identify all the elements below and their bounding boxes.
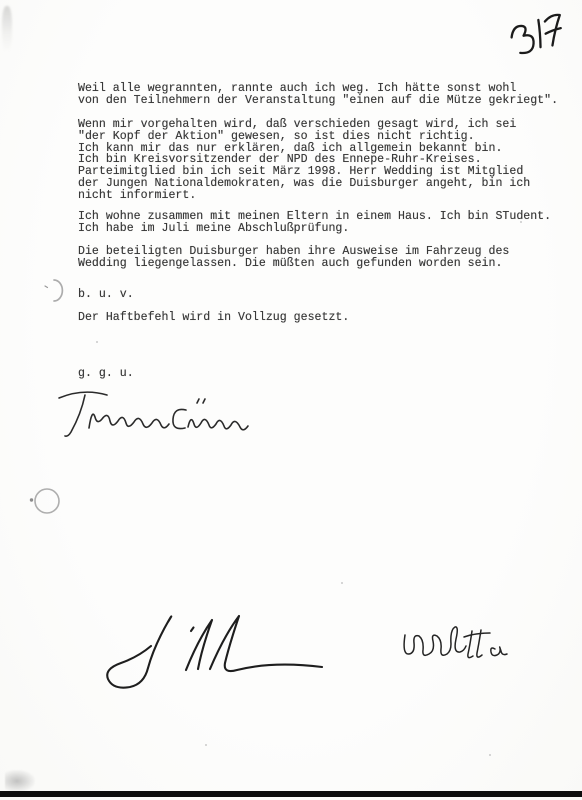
signature-thorsten-craemer: [55, 386, 255, 444]
punch-hole-mark-lower: [28, 485, 64, 519]
scan-noise-speck: [447, 136, 449, 138]
black-scan-edge-bottom: [0, 791, 582, 797]
arrest-warrant-order-line: Der Haftbefehl wird in Vollzug gesetzt.: [78, 312, 349, 324]
punch-hole-mark-upper: [42, 278, 68, 306]
scan-noise-speck: [520, 221, 522, 223]
handwritten-page-number: [500, 5, 581, 66]
signature-bottom-right-illegible: [400, 622, 515, 670]
scanned-document-page: Weil alle wegrannten, rannte auch ich we…: [0, 0, 582, 800]
signature-bottom-left-illegible: [88, 606, 338, 706]
typewritten-paragraph-1: Weil alle wegrannten, rannte auch ich we…: [78, 83, 558, 107]
scan-noise-speck: [341, 582, 343, 584]
typewritten-paragraph-4: Die beteiligten Duisburger haben ihre Au…: [78, 246, 509, 270]
scan-noise-speck: [489, 754, 491, 756]
typewritten-paragraph-3: Ich wohne zusammen mit meinen Eltern in …: [78, 211, 551, 235]
typewritten-paragraph-2: Wenn mir vorgehalten wird, daß verschied…: [78, 119, 530, 202]
scan-noise-speck: [96, 341, 98, 343]
closing-abbrev-buv: b. u. v.: [78, 289, 134, 301]
closing-abbrev-ggu: g. g. u.: [78, 368, 134, 380]
scan-smudge-bottom-left: [5, 770, 35, 792]
scan-noise-speck: [205, 744, 207, 746]
scan-smudge-top-left: [2, 6, 12, 52]
